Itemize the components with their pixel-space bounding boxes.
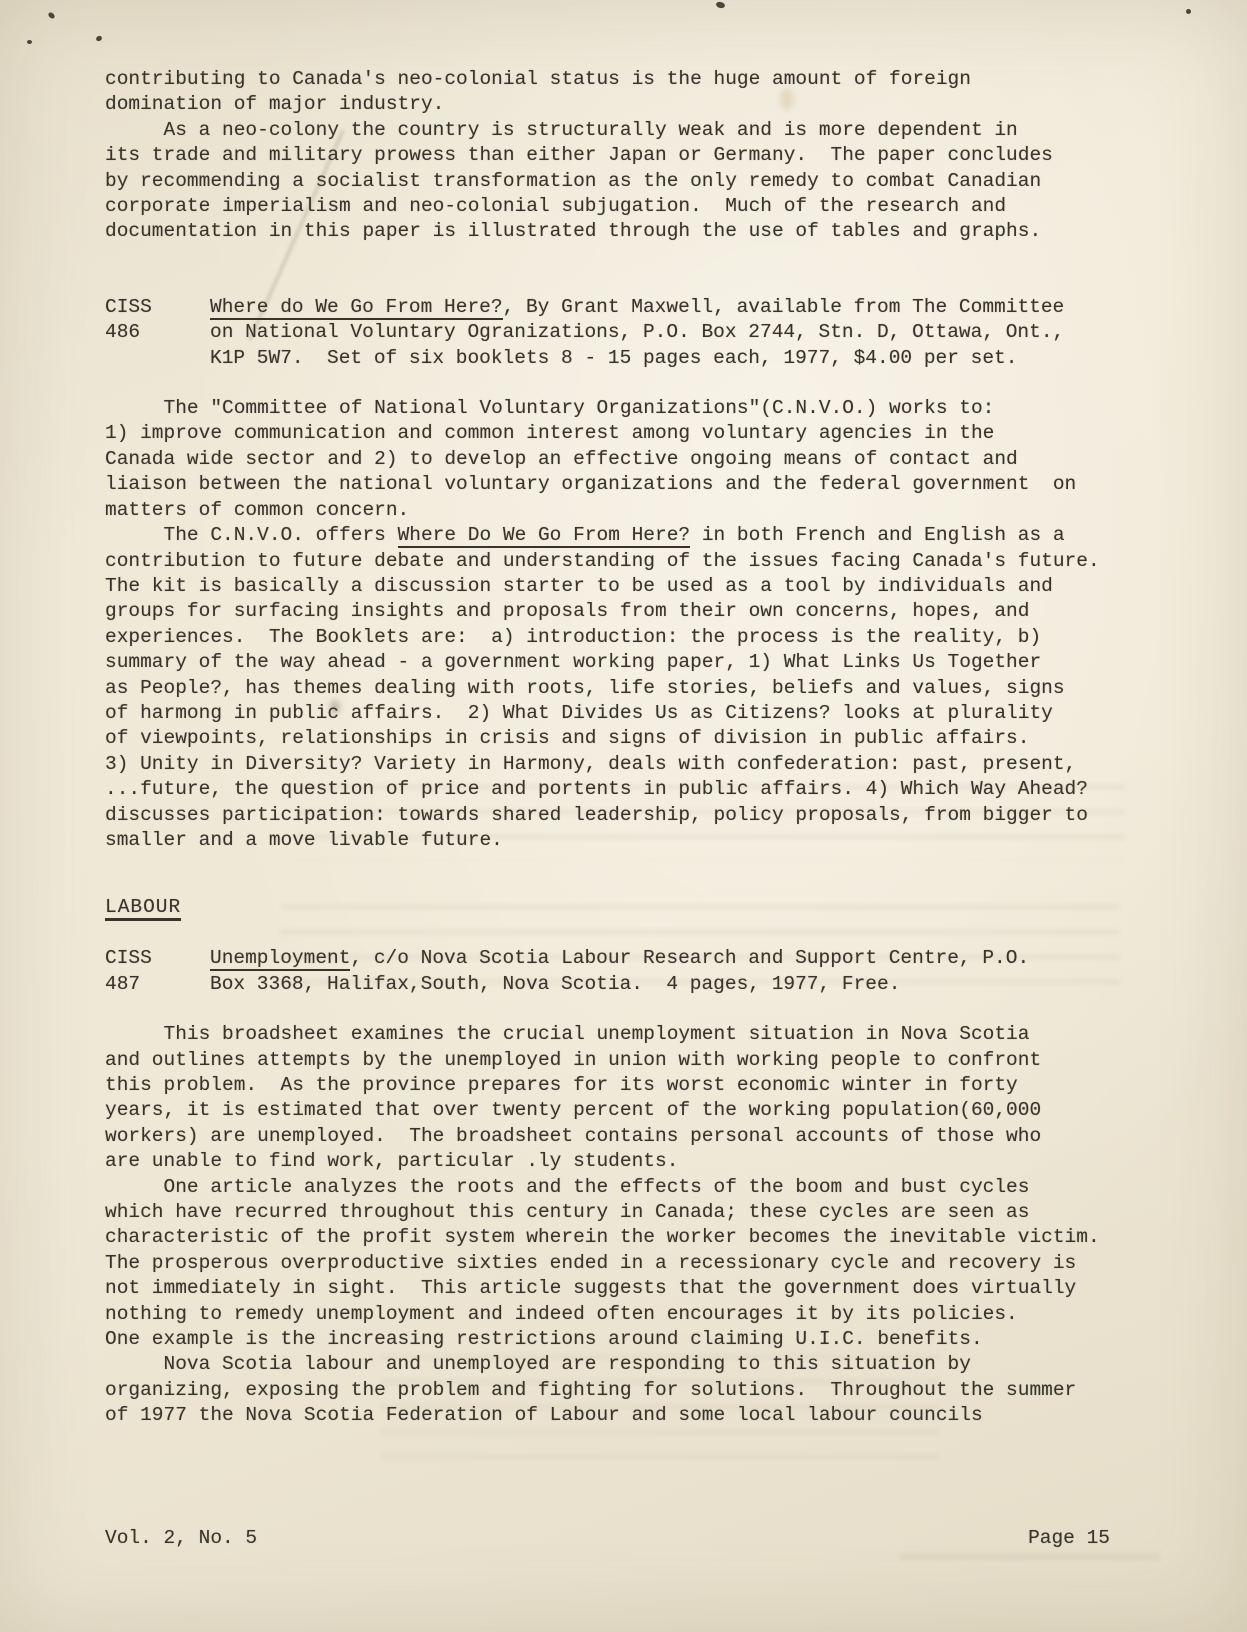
page-footer: Vol. 2, No. 5 Page 15 <box>105 1526 1110 1551</box>
text-line: and outlines attempts by the unemployed … <box>105 1048 1157 1073</box>
text-line: Canada wide sector and 2) to develop an … <box>105 447 1157 472</box>
citation-lines: Box 3368, Halifax,South, Nova Scotia. 4 … <box>210 972 1157 997</box>
text-line: organizing, exposing the problem and fig… <box>105 1378 1157 1403</box>
entry-id-column: CISS 487 <box>105 946 210 997</box>
cnvo-offer-post: in both French and English as a <box>690 524 1064 546</box>
text-line: which have recurred throughout this cent… <box>105 1200 1157 1225</box>
section-heading-labour: LABOUR <box>105 895 1157 921</box>
catalog-number: 487 <box>105 972 210 997</box>
text-line: as People?, has themes dealing with root… <box>105 676 1157 701</box>
text-line: of harmong in public affairs. 2) What Di… <box>105 701 1157 726</box>
text-line: this problem. As the province prepares f… <box>105 1073 1157 1098</box>
cnvo-review-paragraphs: The "Committee of National Voluntary Org… <box>105 396 1157 853</box>
text-line: One example is the increasing restrictio… <box>105 1327 1157 1352</box>
unemployment-review-paragraphs: This broadsheet examines the crucial une… <box>105 1022 1157 1429</box>
cnvo-paragraph-1: The "Committee of National Voluntary Org… <box>105 396 1157 523</box>
text-line: As a neo-colony the country is structura… <box>105 118 1157 143</box>
text-line: workers) are unemployed. The broadsheet … <box>105 1124 1157 1149</box>
document-page: contributing to Canada's neo-colonial st… <box>0 0 1247 1632</box>
text-line: characteristic of the profit system wher… <box>105 1225 1157 1250</box>
text-line: The prosperous overproductive sixties en… <box>105 1251 1157 1276</box>
cnvo-paragraph-2: contribution to future debate and unders… <box>105 549 1157 854</box>
catalog-code: CISS <box>105 295 210 320</box>
citation-text: , By Grant Maxwell, available from The C… <box>503 296 1065 318</box>
entry-citation: Where do We Go From Here?, By Grant Maxw… <box>210 295 1157 371</box>
intro-paragraphs: contributing to Canada's neo-colonial st… <box>105 67 1157 245</box>
text-line: documentation in this paper is illustrat… <box>105 219 1157 244</box>
catalog-code: CISS <box>105 946 210 971</box>
citation-lines: on National Voluntary Ogranizations, P.O… <box>210 320 1157 371</box>
text-line: summary of the way ahead - a government … <box>105 650 1157 675</box>
text-line: 1) improve communication and common inte… <box>105 421 1157 446</box>
citation-text: , c/o Nova Scotia Labour Research and Su… <box>350 947 1029 969</box>
text-line: This broadsheet examines the crucial une… <box>105 1022 1157 1047</box>
section-heading-label: LABOUR <box>105 896 181 921</box>
text-line: not immediately in sight. This article s… <box>105 1276 1157 1301</box>
cnvo-offer-line: The C.N.V.O. offers Where Do We Go From … <box>105 523 1157 548</box>
text-line: contribution to future debate and unders… <box>105 549 1157 574</box>
text-line: on National Voluntary Ogranizations, P.O… <box>210 320 1157 345</box>
volume-number: Vol. 2, No. 5 <box>105 1526 257 1551</box>
page-content: contributing to Canada's neo-colonial st… <box>0 0 1247 1551</box>
text-line: discusses participation: towards shared … <box>105 803 1157 828</box>
entry-id-column: CISS 486 <box>105 295 210 371</box>
text-line: liaison between the national voluntary o… <box>105 472 1157 497</box>
text-line: nothing to remedy unemployment and indee… <box>105 1302 1157 1327</box>
catalog-entry-487: CISS 487 Unemployment, c/o Nova Scotia L… <box>105 946 1157 997</box>
text-line: years, it is estimated that over twenty … <box>105 1098 1157 1123</box>
citation-first-line: Where do We Go From Here?, By Grant Maxw… <box>210 295 1157 320</box>
text-line: The "Committee of National Voluntary Org… <box>105 396 1157 421</box>
entry-citation: Unemployment, c/o Nova Scotia Labour Res… <box>210 946 1157 997</box>
text-line: experiences. The Booklets are: a) introd… <box>105 625 1157 650</box>
text-line: 3) Unity in Diversity? Variety in Harmon… <box>105 752 1157 777</box>
publication-title: Where Do We Go From Here? <box>398 524 691 548</box>
text-line: One article analyzes the roots and the e… <box>105 1175 1157 1200</box>
text-line: matters of common concern. <box>105 498 1157 523</box>
text-line: The kit is basically a discussion starte… <box>105 574 1157 599</box>
text-line: Box 3368, Halifax,South, Nova Scotia. 4 … <box>210 972 1157 997</box>
cnvo-offer-pre: The C.N.V.O. offers <box>105 524 398 546</box>
catalog-entry-486: CISS 486 Where do We Go From Here?, By G… <box>105 295 1157 371</box>
text-line: contributing to Canada's neo-colonial st… <box>105 67 1157 92</box>
publication-title: Unemployment <box>210 947 350 971</box>
text-line: corporate imperialism and neo-colonial s… <box>105 194 1157 219</box>
text-line: are unable to find work, particular .ly … <box>105 1149 1157 1174</box>
page-number: Page 15 <box>1028 1526 1110 1551</box>
text-line: domination of major industry. <box>105 92 1157 117</box>
publication-title: Where do We Go From Here? <box>210 296 503 320</box>
citation-first-line: Unemployment, c/o Nova Scotia Labour Res… <box>210 946 1157 971</box>
text-line: by recommending a socialist transformati… <box>105 169 1157 194</box>
text-line: Nova Scotia labour and unemployed are re… <box>105 1352 1157 1377</box>
text-line: its trade and military prowess than eith… <box>105 143 1157 168</box>
catalog-number: 486 <box>105 320 210 345</box>
text-line: of viewpoints, relationships in crisis a… <box>105 726 1157 751</box>
text-line: groups for surfacing insights and propos… <box>105 599 1157 624</box>
text-line: of 1977 the Nova Scotia Federation of La… <box>105 1403 1157 1428</box>
text-line: K1P 5W7. Set of six booklets 8 - 15 page… <box>210 346 1157 371</box>
text-line: ...future, the question of price and por… <box>105 777 1157 802</box>
text-line: smaller and a move livable future. <box>105 828 1157 853</box>
